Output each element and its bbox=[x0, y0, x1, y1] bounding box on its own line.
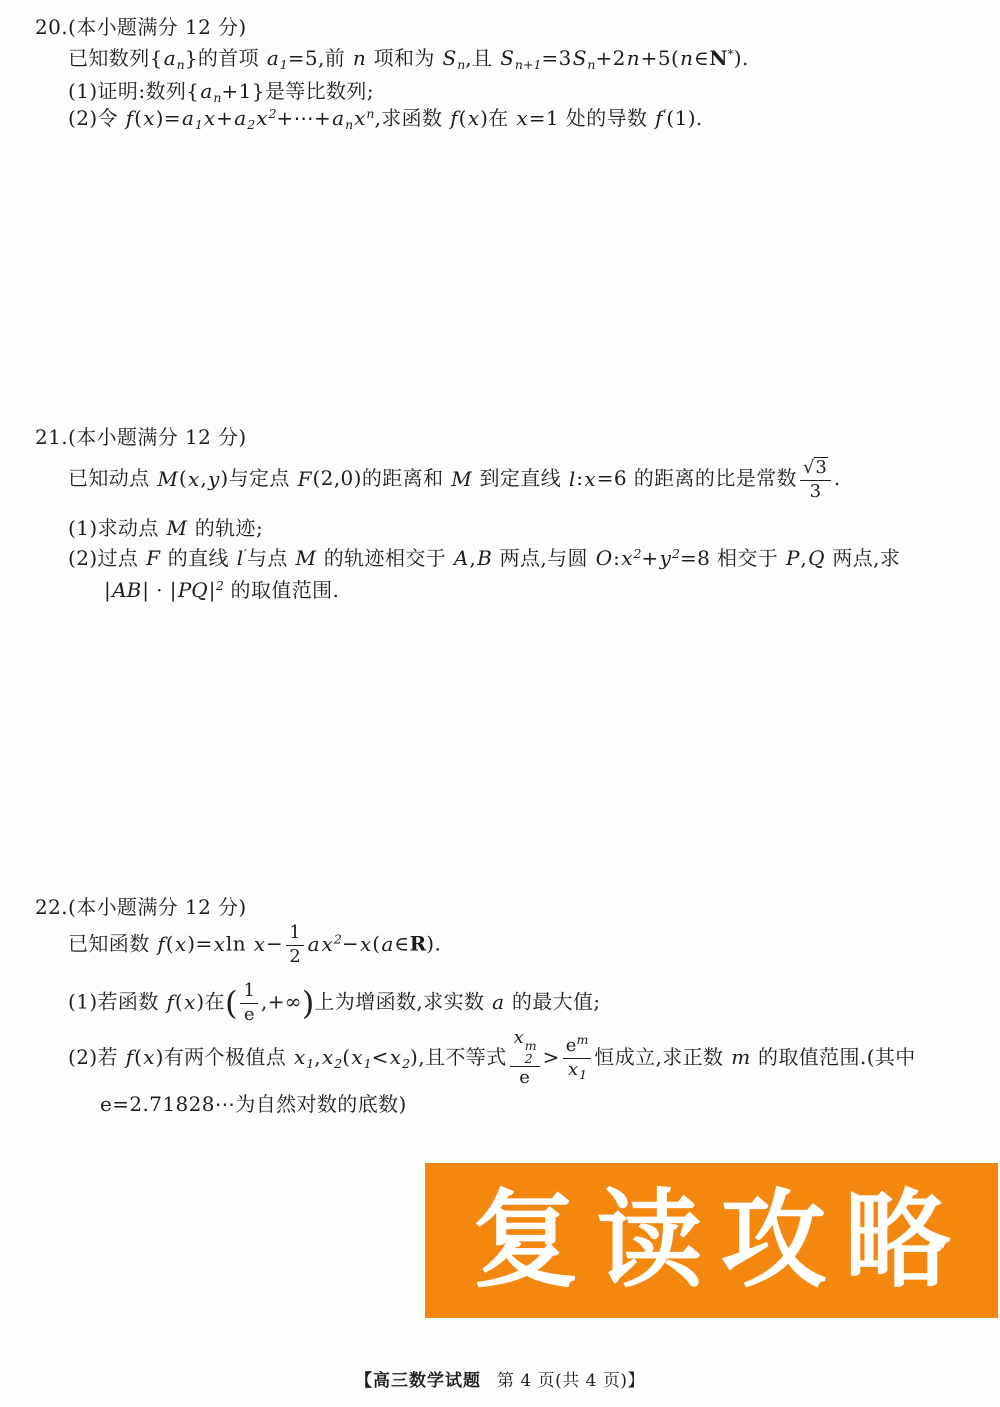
footer-exam-title: 【高三数学试题 bbox=[355, 1366, 481, 1391]
question-21-line-3: (2)过点 F 的直线 l′与点 M 的轨迹相交于 A,B 两点,与圆 O:x2… bbox=[68, 539, 900, 573]
question-21-line-3-text: (2)过点 F 的直线 l′与点 M 的轨迹相交于 A,B 两点,与圆 O:x2… bbox=[68, 542, 900, 571]
question-21-line-1-text: 已知动点 M(x,y)与定点 F(2,0)的距离和 M 到定直线 l:x=6 的… bbox=[68, 457, 841, 502]
question-21-line-4: |AB| · |PQ|2 的取值范围. bbox=[104, 569, 339, 607]
question-21-header: 21.(本小题满分 12 分) bbox=[35, 418, 247, 452]
question-22-line-4-text: e=2.71828⋯为自然对数的底数) bbox=[100, 1088, 407, 1117]
repeat-banner: 复读攻略 bbox=[425, 1163, 998, 1318]
question-22-line-3: (2)若 f(x)有两个极值点 x1,x2(x1<x2),且不等式xm2e>em… bbox=[68, 1029, 916, 1087]
question-22-line-1: 已知函数 f(x)=xln x−12ax2−x(a∈R). bbox=[68, 916, 441, 974]
question-20-line-1-text: 已知数列{an}的首项 a1=5,前 n 项和为 Sn,且 Sn+1=3Sn+2… bbox=[68, 42, 749, 72]
question-22-line-4: e=2.71828⋯为自然对数的底数) bbox=[100, 1085, 407, 1119]
page-footer: 【高三数学试题 第 4 页(共 4 页)】 bbox=[0, 1366, 1000, 1391]
question-21-line-2: (1)求动点 M 的轨迹; bbox=[68, 509, 263, 543]
question-20-header-text: 20.(本小题满分 12 分) bbox=[35, 11, 247, 40]
question-21-line-2-text: (1)求动点 M 的轨迹; bbox=[68, 512, 263, 541]
question-22-line-2: (1)若函数 f(x)在(1e,+∞)上为增函数,求实数 a 的最大值; bbox=[68, 974, 601, 1032]
question-22-line-3-text: (2)若 f(x)有两个极值点 x1,x2(x1<x2),且不等式xm2e>em… bbox=[68, 1028, 916, 1089]
question-22-line-1-text: 已知函数 f(x)=xln x−12ax2−x(a∈R). bbox=[68, 923, 441, 967]
question-20-header: 20.(本小题满分 12 分) bbox=[35, 8, 247, 42]
question-22-line-2-text: (1)若函数 f(x)在(1e,+∞)上为增函数,求实数 a 的最大值; bbox=[68, 981, 601, 1025]
footer-page-number: 第 4 页(共 4 页)】 bbox=[497, 1366, 645, 1391]
repeat-banner-text: 复读攻略 bbox=[455, 1188, 969, 1294]
question-20-line-1: 已知数列{an}的首项 a1=5,前 n 项和为 Sn,且 Sn+1=3Sn+2… bbox=[68, 40, 749, 74]
question-20-line-3: (2)令 f(x)=a1x+a2x2+⋯+anxn,求函数 f(x)在 x=1 … bbox=[68, 100, 703, 134]
question-21-header-text: 21.(本小题满分 12 分) bbox=[35, 421, 247, 450]
question-21-line-1: 已知动点 M(x,y)与定点 F(2,0)的距离和 M 到定直线 l:x=6 的… bbox=[68, 451, 841, 509]
question-20-line-3-text: (2)令 f(x)=a1x+a2x2+⋯+anxn,求函数 f(x)在 x=1 … bbox=[68, 102, 703, 132]
question-21-line-4-text: |AB| · |PQ|2 的取值范围. bbox=[104, 574, 339, 603]
